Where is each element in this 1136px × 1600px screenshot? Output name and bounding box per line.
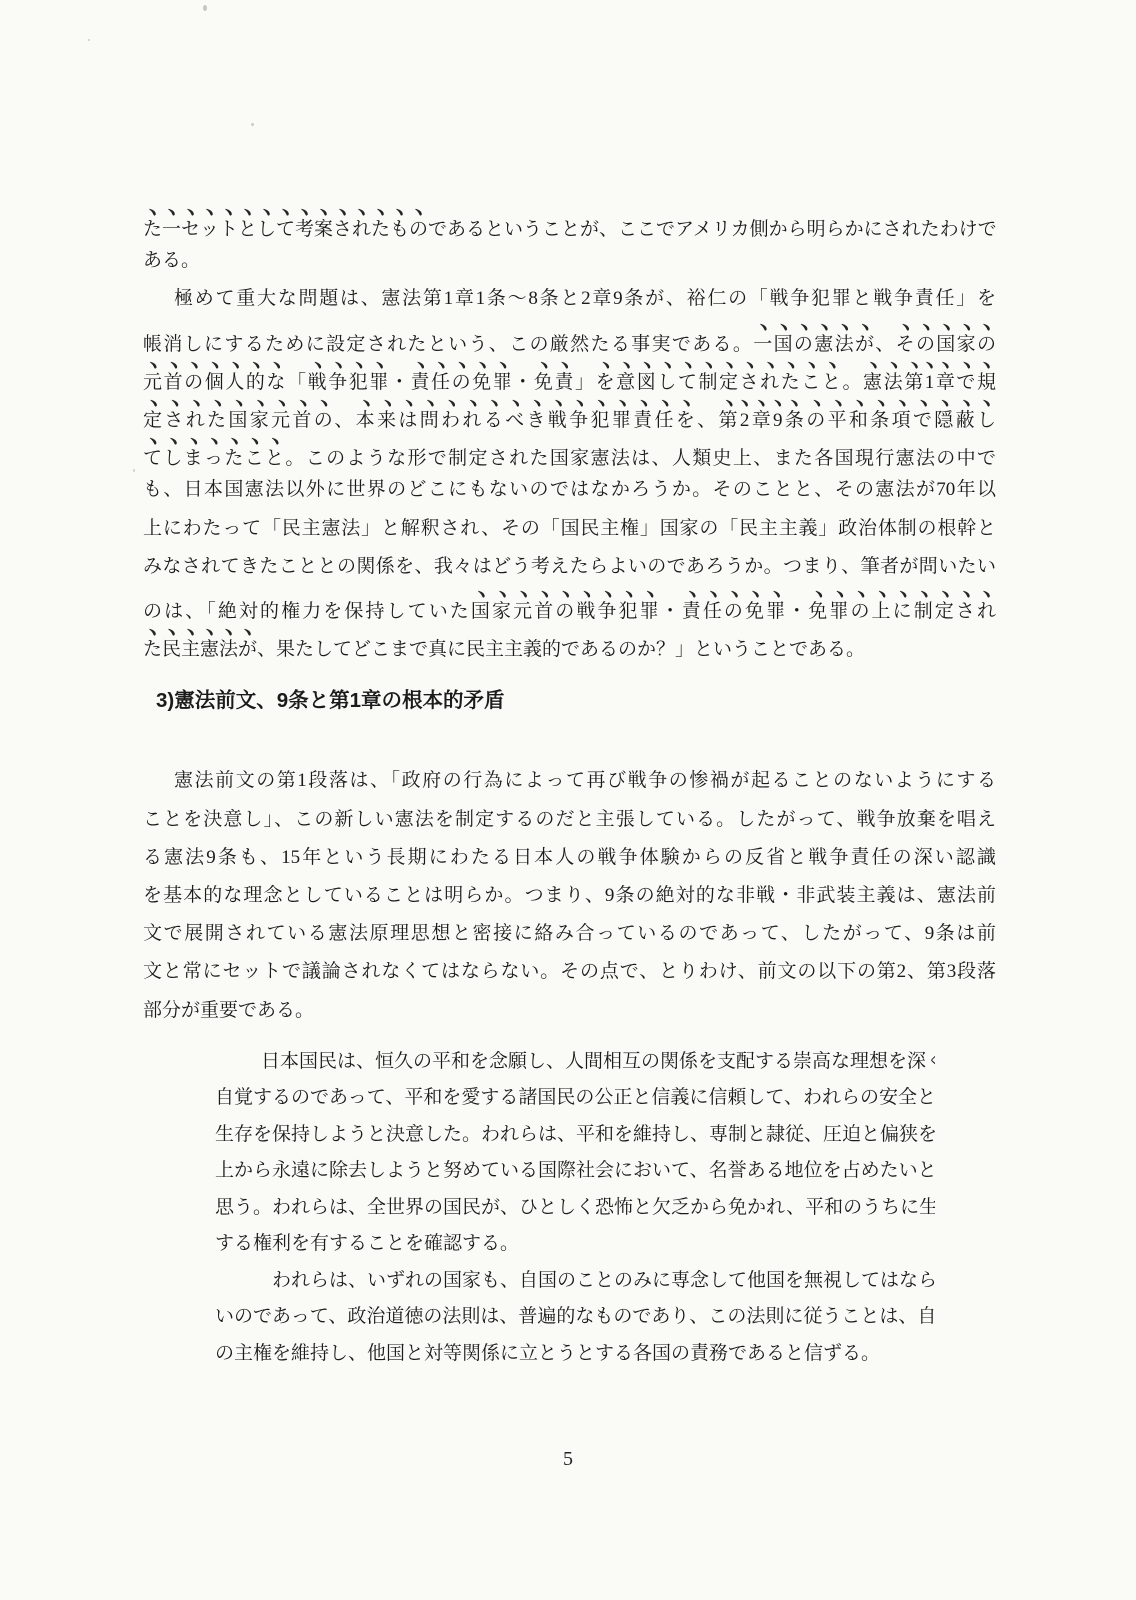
paragraph: 極めて重大な問題は、憲法第1章1条〜8条と2章9条が、裕仁の「戦争犯罪と戦争責任… xyxy=(143,280,996,662)
document-body: た一セットとして考案されたものであるということが、ここでアメリカ側から明らかにさ… xyxy=(143,204,996,1372)
text-segment: ある。 xyxy=(143,250,200,271)
emphasized-text: 一国の憲法が、その国家の xyxy=(753,334,996,355)
text-segment: る憲法9条も、15年という長期にわたる日本人の戦争体験からの反省と戦争責任の深い… xyxy=(143,847,996,868)
text-line: 憲法前文の第1段落は、「政府の行為によって再び戦争の惨禍が起ることのないようにす… xyxy=(143,762,996,800)
page-number: 5 xyxy=(0,1448,1136,1471)
scan-speck xyxy=(133,469,135,472)
text-segment: ことを決意し」、この新しい憲法を制定するのだと主張している。したがって、戦争放棄… xyxy=(143,809,996,830)
text-line: みなされてきたこととの関係を、我々はどう考えたらよいのであろうか。つまり、筆者が… xyxy=(143,548,996,586)
section-heading: 3)憲法前文、9条と第1章の根本的矛盾 xyxy=(143,682,996,720)
text-segment: みなされてきたこととの関係を、我々はどう考えたらよいのであろうか。つまり、筆者が… xyxy=(143,556,996,577)
text-segment: 自覚するのであって、平和を愛する諸国民の公正と信義に信頼して、われらの安全と xyxy=(215,1087,935,1108)
text-segment: を基本的な理念としていることは明らか。つまり、9条の絶対的な非戦・非武装主義は、… xyxy=(143,885,996,906)
text-line: てしまったこと。このような形で制定された国家憲法は、人類史上、また各国現行憲法の… xyxy=(143,433,996,471)
text-segment: 文と常にセットで議論されなくてはならない。その点で、とりわけ、前文の以下の第2、… xyxy=(143,961,996,982)
text-line: る憲法9条も、15年という長期にわたる日本人の戦争体験からの反省と戦争責任の深い… xyxy=(143,839,996,877)
text-line: のは、「絶対的権力を保持していた国家元首の戦争犯罪・責任の免罪・免罪の上に制定さ… xyxy=(143,586,996,624)
paragraph: 憲法前文の第1段落は、「政府の行為によって再び戦争の惨禍が起ることのないようにす… xyxy=(143,762,996,1029)
emphasized-text: 定された国家元首の、本来は問われるべき戦争犯罪責任を、第2章9条の平和条項で隠蔽… xyxy=(143,410,996,431)
scan-speck xyxy=(251,123,254,126)
text-line: 部分が重要である。 xyxy=(143,992,996,1030)
text-line: 文と常にセットで議論されなくてはならない。その点で、とりわけ、前文の以下の第2、… xyxy=(143,953,996,991)
text-line: 極めて重大な問題は、憲法第1章1条〜8条と2章9条が、裕仁の「戦争犯罪と戦争責任… xyxy=(143,280,996,318)
text-line: 文で展開されている憲法原理思想と密接に絡み合っているのであって、したがって、9条… xyxy=(143,915,996,953)
scan-speck xyxy=(88,39,90,41)
text-segment: も、日本国憲法以外に世界のどこにもないのではなかろうか。そのことと、その憲法が7… xyxy=(143,479,996,500)
text-line: 定された国家元首の、本来は問われるべき戦争犯罪責任を、第2章9条の平和条項で隠蔽… xyxy=(143,395,996,433)
text-segment: われらは、いずれの国家も、自国のことのみに専念して他国を無視してはならな xyxy=(272,1270,935,1291)
text-line: ことを決意し」、この新しい憲法を制定するのだと主張している。したがって、戦争放棄… xyxy=(143,801,996,839)
text-line: 上にわたって「民主憲法」と解釈され、その「国民主権」国家の「民主主義」政治体制の… xyxy=(143,510,996,548)
scan-speck xyxy=(203,5,207,11)
text-segment: 、果たしてどこまで真に民主主義的であるのか？」ということである。 xyxy=(257,639,865,660)
text-segment: 思う。われらは、全世界の国民が、ひとしく恐怖と欠乏から免かれ、平和のうちに生存 xyxy=(215,1197,935,1218)
text-segment: 日本国民は、恒久の平和を念願し、人間相互の関係を支配する崇高な理想を深く xyxy=(261,1051,935,1072)
text-segment: 部分が重要である。 xyxy=(143,1000,314,1021)
text-line: の主権を維持し、他国と対等関係に立とうとする各国の責務であると信ずる。 xyxy=(215,1336,935,1373)
text-segment: このような形で制定された国家憲法は、人類史上、また各国現行憲法の中で xyxy=(306,448,996,469)
text-segment: 憲法前文の第1段落は、「政府の行為によって再び戦争の惨禍が起ることのないようにす… xyxy=(174,770,996,791)
text-line: 生存を保持しようと決意した。われらは、平和を維持し、専制と隷従、圧迫と偏狭を地 xyxy=(215,1117,935,1154)
text-segment: 生存を保持しようと決意した。われらは、平和を維持し、専制と隷従、圧迫と偏狭を地 xyxy=(215,1124,935,1145)
emphasized-text: てしまったこと。 xyxy=(143,448,306,469)
text-segment: 上から永遠に除去しようと努めている国際社会において、名誉ある地位を占めたいと xyxy=(215,1160,935,1181)
text-line: を基本的な理念としていることは明らか。つまり、9条の絶対的な非戦・非武装主義は、… xyxy=(143,877,996,915)
text-segment: いのであって、政治道徳の法則は、普遍的なものであり、この法則に従うことは、自国 xyxy=(215,1306,935,1327)
text-line: 思う。われらは、全世界の国民が、ひとしく恐怖と欠乏から免かれ、平和のうちに生存 xyxy=(215,1190,935,1227)
text-segment: であるということが、ここでアメリカ側から明らかにされたわけで xyxy=(428,219,996,240)
text-line: ある。 xyxy=(143,242,996,280)
emphasized-text: た民主憲法が xyxy=(143,639,257,660)
text-segment: する権利を有することを確認する。 xyxy=(215,1233,519,1254)
text-segment: 上にわたって「民主憲法」と解釈され、その「国民主権」国家の「民主主義」政治体制の… xyxy=(143,518,996,539)
emphasized-text: 元首の個人的な「戦争犯罪・責任の免罪・免責」を意図して制定されたこと。憲法第1章… xyxy=(143,372,996,393)
text-segment: のは、「絶対的権力を保持していた xyxy=(143,601,471,622)
text-line: 帳消しにするために設定されたという、この厳然たる事実である。一国の憲法が、その国… xyxy=(143,319,996,357)
text-line: 日本国民は、恒久の平和を念願し、人間相互の関係を支配する崇高な理想を深く xyxy=(215,1044,935,1081)
text-line: 元首の個人的な「戦争犯罪・責任の免罪・免責」を意図して制定されたこと。憲法第1章… xyxy=(143,357,996,395)
text-segment: 文で展開されている憲法原理思想と密接に絡み合っているのであって、したがって、9条… xyxy=(143,923,996,944)
text-line: する権利を有することを確認する。 xyxy=(215,1226,935,1263)
text-line: いのであって、政治道徳の法則は、普遍的なものであり、この法則に従うことは、自国 xyxy=(215,1299,935,1336)
text-line: も、日本国憲法以外に世界のどこにもないのではなかろうか。そのことと、その憲法が7… xyxy=(143,471,996,509)
text-segment: 帳消しにするために設定されたという、この厳然たる事実である。 xyxy=(143,334,753,355)
text-segment: 極めて重大な問題は、憲法第1章1条〜8条と2章9条が、裕仁の「戦争犯罪と戦争責任… xyxy=(174,288,996,309)
blockquote: 日本国民は、恒久の平和を念願し、人間相互の関係を支配する崇高な理想を深く 自覚す… xyxy=(215,1044,935,1373)
paragraph: た一セットとして考案されたものであるということが、ここでアメリカ側から明らかにさ… xyxy=(143,204,996,280)
text-line: 上から永遠に除去しようと努めている国際社会において、名誉ある地位を占めたいと xyxy=(215,1153,935,1190)
text-line: た一セットとして考案されたものであるということが、ここでアメリカ側から明らかにさ… xyxy=(143,204,996,242)
text-segment: の主権を維持し、他国と対等関係に立とうとする各国の責務であると信ずる。 xyxy=(215,1343,880,1364)
emphasized-text: 国家元首の戦争犯罪・責任の免罪・免罪の上に制定され xyxy=(471,601,996,622)
emphasized-text: た一セットとして考案されたもの xyxy=(143,219,428,240)
text-line: 自覚するのであって、平和を愛する諸国民の公正と信義に信頼して、われらの安全と xyxy=(215,1080,935,1117)
text-line: た民主憲法が、果たしてどこまで真に民主主義的であるのか？」ということである。 xyxy=(143,624,996,662)
text-line: われらは、いずれの国家も、自国のことのみに専念して他国を無視してはならな xyxy=(215,1263,935,1300)
